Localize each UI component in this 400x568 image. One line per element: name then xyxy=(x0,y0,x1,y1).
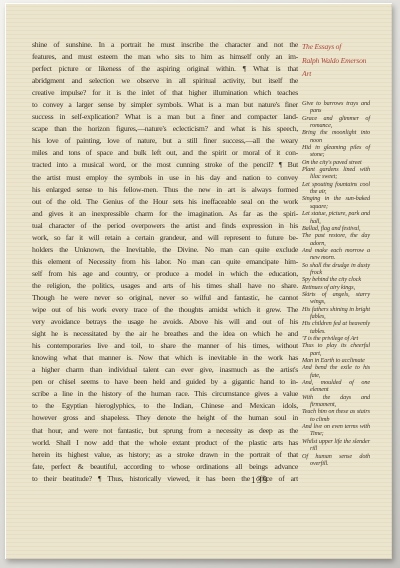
poem-line: Spy behind the city clock xyxy=(302,276,370,283)
body-text-line: his enlarged sense to his fellow-men. Th… xyxy=(32,184,298,196)
body-text-line: self from his age and country, or produc… xyxy=(32,268,298,280)
body-text-line: herein its highest value, as history; as… xyxy=(32,449,298,461)
body-text-line: very avoidance betrays the usage he avoi… xyxy=(32,316,298,328)
poem-line: Hid in gleaming piles of stone; xyxy=(302,144,370,159)
body-text-line: miles and tons of space and bulk left ou… xyxy=(32,147,298,159)
poem-line: His fathers shining in bright fables, xyxy=(302,306,370,321)
poem-line: On the city's paved street xyxy=(302,159,370,166)
body-text-line: scape than the horizon figures,—nature's… xyxy=(32,123,298,135)
poem-line: Give to barrows trays and pans xyxy=(302,100,370,115)
poem-line: And make each morrow a new morn. xyxy=(302,247,370,262)
body-text-line: tracted into a musical word, or the most… xyxy=(32,159,298,171)
running-head-essay-title: Art xyxy=(302,67,388,81)
body-text-line: this element of Necessity from his labor… xyxy=(32,256,298,268)
body-text-line: features, and must esteem the man who si… xyxy=(32,51,298,63)
poem-line: And bend the exile to his fate, xyxy=(302,364,370,379)
poem-line: The past restore, the day adorn, xyxy=(302,232,370,247)
body-text-line: success in self-explication? What is a m… xyxy=(32,111,298,123)
body-text-line: the artist must employ the symbols in us… xyxy=(32,172,298,184)
poem-line: So shall the drudge in dusty frock xyxy=(302,262,370,277)
body-text-line: a higher charm than individual talent ca… xyxy=(32,364,298,376)
body-text-line: and gives it an inexpressible charm for … xyxy=(32,208,298,220)
poem-line: Bring the moonlight into noon xyxy=(302,129,370,144)
poem-line: And live on even terms with Time; xyxy=(302,423,370,438)
poem-line: Let statue, picture, park and hall, xyxy=(302,210,370,225)
poem-line: Retinues of airy kings, xyxy=(302,284,370,291)
poem-line: Grace and glimmer of romance, xyxy=(302,115,370,130)
body-text-line: pen or chisel seems to have been held an… xyxy=(32,376,298,388)
body-text-column: shine of sunshine. In a portrait he must… xyxy=(32,39,298,485)
body-text-line: wipe out of his work every trace of the … xyxy=(32,304,298,316)
body-text-line: his contemporaries live and toil, to sha… xyxy=(32,340,298,352)
body-text-line: world. Shall I now add that the whole ex… xyxy=(32,437,298,449)
poem-line: Teach him on these as stairs to climb xyxy=(302,408,370,423)
poem-line: Whilst upper life the slender rill xyxy=(302,438,370,453)
body-text-line: that hour, and were not fantastic, but s… xyxy=(32,425,298,437)
body-text-line: sight he is necessitated by the air he b… xyxy=(32,328,298,340)
poem-line: Let spouting fountains cool the air, xyxy=(302,181,370,196)
body-text-line: to convey a larger sense by simpler symb… xyxy=(32,99,298,111)
margin-poem: Give to barrows trays and pansGrace and … xyxy=(302,100,370,467)
running-head-author: Ralph Waldo Emerson xyxy=(302,54,388,68)
poem-line: Ballad, flag and festival, xyxy=(302,225,370,232)
poem-line: Of human sense doth overfill. xyxy=(302,453,370,468)
book-scan: { "page": { "header": { "line1": "The Es… xyxy=(0,0,400,568)
body-text-line: tual character of the period overpowers … xyxy=(32,220,298,232)
body-text-line: scribe a line in the history of the huma… xyxy=(32,388,298,400)
body-text-line: perfect picture or likeness of the aspir… xyxy=(32,63,298,75)
poem-line: Singing in the sun-baked square; xyxy=(302,195,370,210)
book-page: The Essays of Ralph Waldo Emerson Art sh… xyxy=(5,3,392,559)
body-text-line: out of the old. The Genius of the Hour s… xyxy=(32,196,298,208)
body-text-line: however gross and shapeless. They denote… xyxy=(32,412,298,424)
body-text-line: work, so far it will retain a certain gr… xyxy=(32,232,298,244)
body-text-line: holders the Unknown, the Inevitable, the… xyxy=(32,244,298,256)
body-text-line: to the Egyptian hieroglyphics, to the In… xyxy=(32,400,298,412)
body-text-line: Though he were never so original, never … xyxy=(32,292,298,304)
body-text-line: shine of sunshine. In a portrait he must… xyxy=(32,39,298,51)
running-head: The Essays of Ralph Waldo Emerson Art xyxy=(302,40,388,81)
poem-line: Thus to play its cheerful part, xyxy=(302,342,370,357)
page-number: 139 xyxy=(245,475,275,485)
poem-line: Man in Earth to acclimate xyxy=(302,357,370,364)
poem-line: Plant gardens lined with lilac sweet; xyxy=(302,166,370,181)
poem-line: And, moulded of one element xyxy=(302,379,370,394)
poem-line: Skirts of angels, starry wings, xyxy=(302,291,370,306)
poem-line: His children fed at heavenly tables. xyxy=(302,320,370,335)
body-text-line: abridgment and selection we observe in a… xyxy=(32,75,298,87)
body-text-line: fate, perfect & beautiful, according to … xyxy=(32,461,298,473)
poem-line: 'T is the privilege of Art xyxy=(302,335,370,342)
body-text-line: the religion, the politics, usages and a… xyxy=(32,280,298,292)
poem-line: With the days and firmament, xyxy=(302,394,370,409)
body-text-line: knowing what that manner is. Now that wh… xyxy=(32,352,298,364)
body-text-line: creative impulse? for it is the inlet of… xyxy=(32,87,298,99)
body-text-line: his love of painting, love of nature, bu… xyxy=(32,135,298,147)
running-head-series: The Essays of xyxy=(302,40,388,54)
